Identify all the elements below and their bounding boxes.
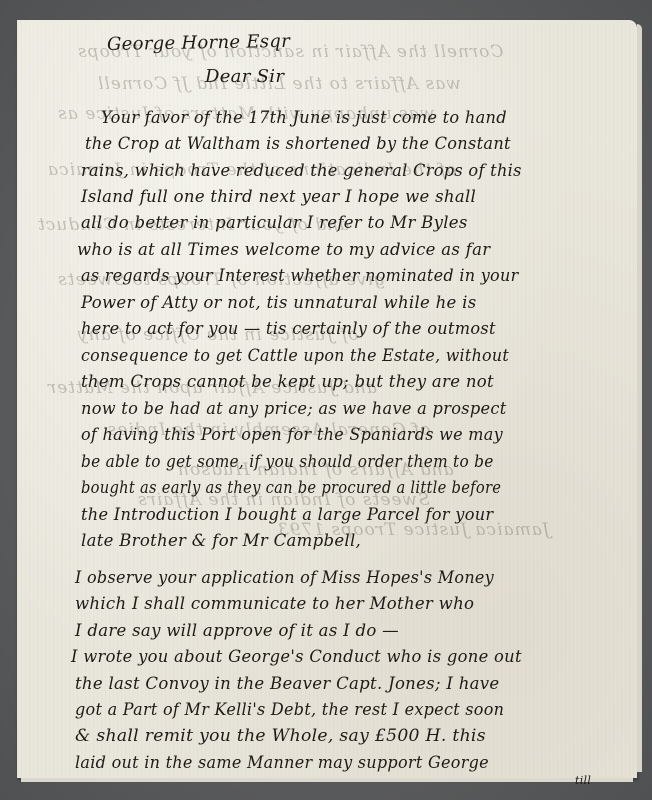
body-line: who is at all Times welcome to my advice… — [77, 240, 490, 259]
body-line: which I shall communicate to her Mother … — [75, 594, 474, 613]
body-line: all do better in particular I refer to M… — [81, 213, 468, 232]
body-line: here to act for you — tis certainly of t… — [81, 319, 496, 338]
catchword: till — [575, 774, 591, 787]
body-line: Your favor of the 17th June is just come… — [101, 108, 507, 127]
body-line: I wrote you about George's Conduct who i… — [71, 647, 522, 666]
body-line: I observe your application of Miss Hopes… — [75, 568, 494, 587]
paper-edge — [21, 778, 633, 782]
letter-text: George Horne Esqr Dear Sir Your favor of… — [17, 20, 637, 778]
body-line: now to be had at any price; as we have a… — [81, 399, 506, 418]
body-line: I dare say will approve of it as I do — — [75, 621, 399, 640]
paper-edge — [637, 24, 642, 772]
body-line: as regards your Interest whether nominat… — [81, 266, 519, 285]
body-line: the last Convoy in the Beaver Capt. Jone… — [75, 674, 499, 693]
body-line: Power of Atty or not, tis unnatural whil… — [81, 293, 477, 312]
addressee-line: George Horne Esqr — [107, 31, 290, 55]
body-line: of having this Port open for the Spaniar… — [81, 425, 503, 444]
body-line: laid out in the same Manner may support … — [75, 753, 489, 772]
body-line: bought as early as they can be procured … — [81, 478, 501, 497]
body-line: them Crops cannot be kept up; but they a… — [81, 372, 494, 391]
body-line: got a Part of Mr Kelli's Debt, the rest … — [75, 700, 504, 719]
letter-page: Cornell the Affair in sanction of your T… — [17, 20, 637, 778]
body-line: the Crop at Waltham is shortened by the … — [85, 134, 511, 153]
body-line: rains, which have reduced the general Cr… — [81, 161, 522, 180]
body-line: consequence to get Cattle upon the Estat… — [81, 346, 509, 365]
body-line: be able to get some, if you should order… — [81, 452, 494, 471]
salutation-line: Dear Sir — [205, 66, 284, 87]
body-line: Island full one third next year I hope w… — [81, 187, 476, 206]
body-line: the Introduction I bought a large Parcel… — [81, 505, 493, 524]
body-line: late Brother & for Mr Campbell, — [81, 531, 361, 550]
body-line: & shall remit you the Whole, say £500 H.… — [75, 726, 486, 745]
